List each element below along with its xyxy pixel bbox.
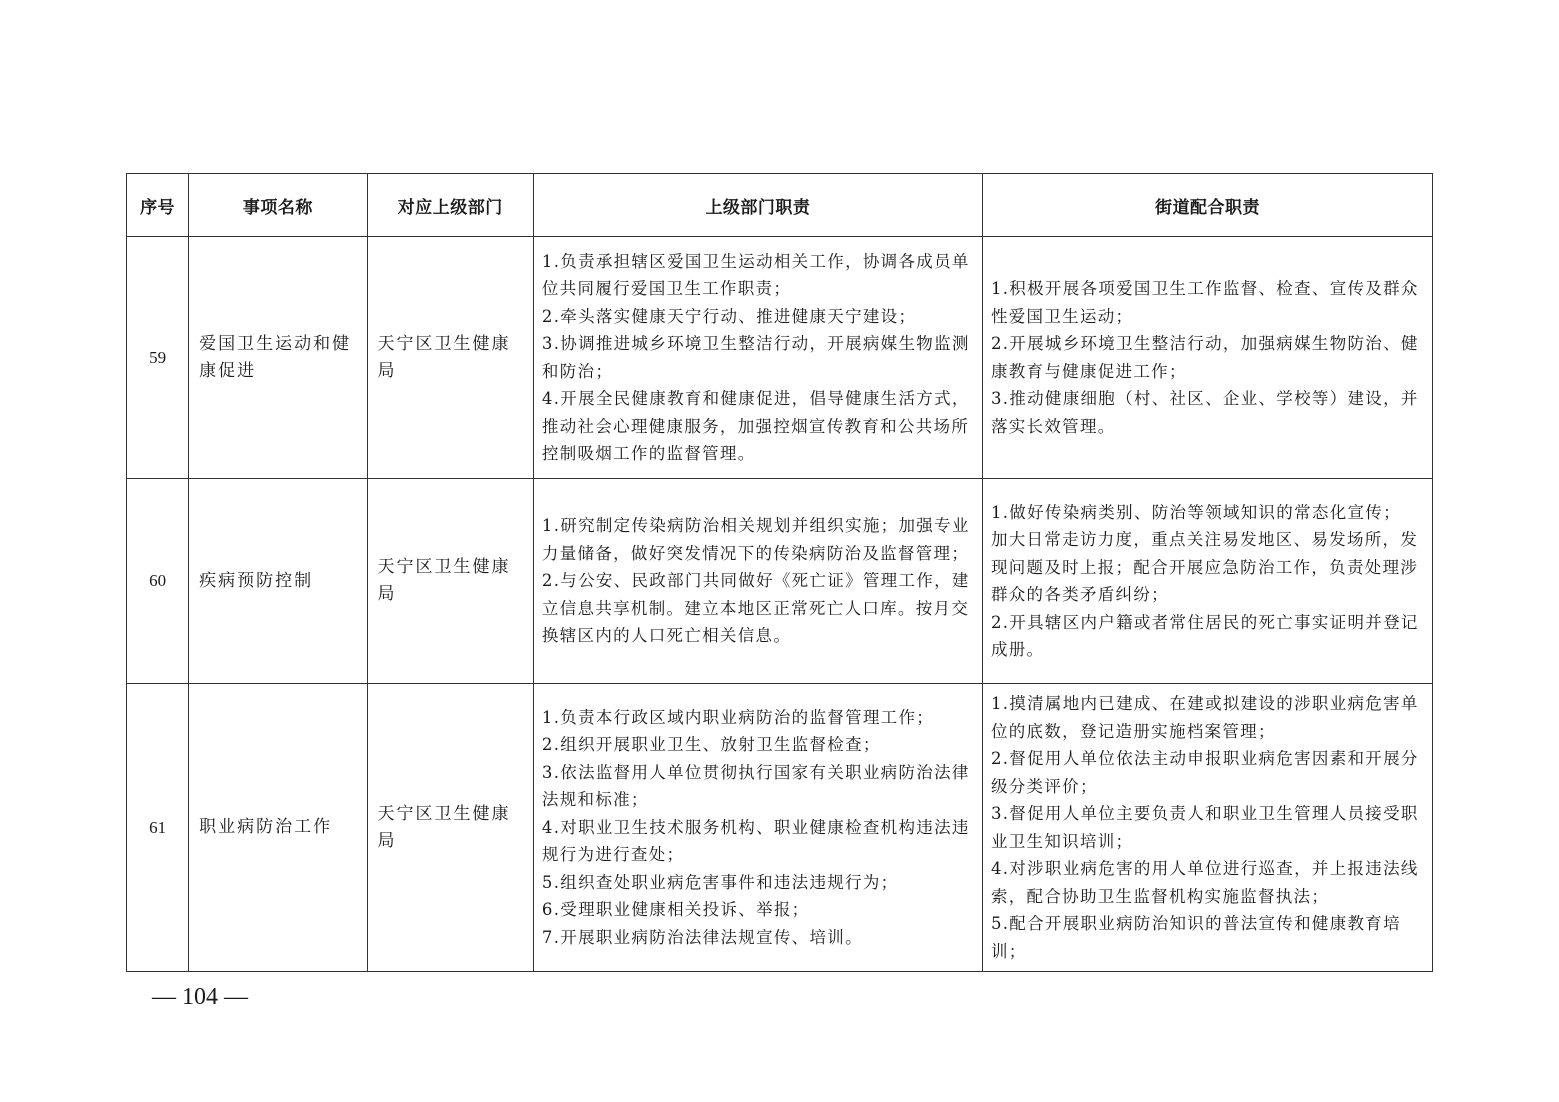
header-upper-duties: 上级部门职责 bbox=[533, 174, 982, 237]
responsibility-table: 序号 事项名称 对应上级部门 上级部门职责 街道配合职责 59 爱国卫生运动和健… bbox=[126, 173, 1433, 972]
row-upper-department: 天宁区卫生健康局 bbox=[367, 237, 533, 479]
duty-item: 2.开具辖区内户籍或者常住居民的死亡事实证明并登记成册。 bbox=[991, 609, 1424, 664]
duty-item: 2.与公安、民政部门共同做好《死亡证》管理工作，建立信息共享机制。建立本地区正常… bbox=[542, 567, 974, 650]
table-row: 60 疾病预防控制 天宁区卫生健康局 1.研究制定传染病防治相关规划并组织实施；… bbox=[127, 479, 1433, 684]
row-upper-department: 天宁区卫生健康局 bbox=[367, 479, 533, 684]
table-row: 59 爱国卫生运动和健康促进 天宁区卫生健康局 1.负责承担辖区爱国卫生运动相关… bbox=[127, 237, 1433, 479]
table-row: 61 职业病防治工作 天宁区卫生健康局 1.负责本行政区域内职业病防治的监督管理… bbox=[127, 684, 1433, 972]
duty-item: 3.推动健康细胞（村、社区、企业、学校等）建设，并落实长效管理。 bbox=[991, 385, 1424, 440]
duty-item: 5.配合开展职业病防治知识的普法宣传和健康教育培训； bbox=[991, 910, 1424, 965]
row-street-duties: 1.摸清属地内已建成、在建或拟建设的涉职业病危害单位的底数，登记造册实施档案管理… bbox=[982, 684, 1432, 972]
duty-item: 1.摸清属地内已建成、在建或拟建设的涉职业病危害单位的底数，登记造册实施档案管理… bbox=[991, 690, 1424, 745]
row-upper-duties: 1.研究制定传染病防治相关规划并组织实施；加强专业力量储备，做好突发情况下的传染… bbox=[533, 479, 982, 684]
row-item-name: 疾病预防控制 bbox=[189, 479, 367, 684]
duty-item: 4.对涉职业病危害的用人单位进行巡查，并上报违法线索，配合协助卫生监督机构实施监… bbox=[991, 855, 1424, 910]
row-number: 59 bbox=[127, 237, 189, 479]
duty-item: 1.负责承担辖区爱国卫生运动相关工作，协调各成员单位共同履行爱国卫生工作职责； bbox=[542, 248, 974, 303]
duty-item: 7.开展职业病防治法律法规宣传、培训。 bbox=[542, 924, 974, 952]
header-item-name: 事项名称 bbox=[189, 174, 367, 237]
header-number: 序号 bbox=[127, 174, 189, 237]
duty-item: 1.研究制定传染病防治相关规划并组织实施；加强专业力量储备，做好突发情况下的传染… bbox=[542, 512, 974, 567]
duty-item: 5.组织查处职业病危害事件和违法违规行为； bbox=[542, 869, 974, 897]
duty-item: 3.督促用人单位主要负责人和职业卫生管理人员接受职业卫生知识培训； bbox=[991, 800, 1424, 855]
row-number: 60 bbox=[127, 479, 189, 684]
row-upper-department: 天宁区卫生健康局 bbox=[367, 684, 533, 972]
duty-item: 2.牵头落实健康天宁行动、推进健康天宁建设； bbox=[542, 303, 974, 331]
duty-item: 2.督促用人单位依法主动申报职业病危害因素和开展分级分类评价； bbox=[991, 745, 1424, 800]
duty-item: 6.受理职业健康相关投诉、举报； bbox=[542, 896, 974, 924]
row-upper-duties: 1.负责本行政区域内职业病防治的监督管理工作； 2.组织开展职业卫生、放射卫生监… bbox=[533, 684, 982, 972]
header-street-duties: 街道配合职责 bbox=[982, 174, 1432, 237]
row-upper-duties: 1.负责承担辖区爱国卫生运动相关工作，协调各成员单位共同履行爱国卫生工作职责； … bbox=[533, 237, 982, 479]
duty-item: 3.协调推进城乡环境卫生整洁行动，开展病媒生物监测和防治； bbox=[542, 330, 974, 385]
duty-item: 4.开展全民健康教育和健康促进，倡导健康生活方式，推动社会心理健康服务，加强控烟… bbox=[542, 385, 974, 468]
duty-item: 1.做好传染病类别、防治等领域知识的常态化宣传； 加大日常走访力度，重点关注易发… bbox=[991, 499, 1424, 609]
row-street-duties: 1.做好传染病类别、防治等领域知识的常态化宣传； 加大日常走访力度，重点关注易发… bbox=[982, 479, 1432, 684]
duty-item: 2.开展城乡环境卫生整洁行动，加强病媒生物防治、健康教育与健康促进工作； bbox=[991, 330, 1424, 385]
header-upper-department: 对应上级部门 bbox=[367, 174, 533, 237]
page-number: — 104 — bbox=[152, 984, 248, 1011]
duty-item: 4.对职业卫生技术服务机构、职业健康检查机构违法违规行为进行查处； bbox=[542, 814, 974, 869]
row-street-duties: 1.积极开展各项爱国卫生工作监督、检查、宣传及群众性爱国卫生运动； 2.开展城乡… bbox=[982, 237, 1432, 479]
duty-item: 2.组织开展职业卫生、放射卫生监督检查； bbox=[542, 731, 974, 759]
table-header-row: 序号 事项名称 对应上级部门 上级部门职责 街道配合职责 bbox=[127, 174, 1433, 237]
duty-item: 3.依法监督用人单位贯彻执行国家有关职业病防治法律法规和标准； bbox=[542, 759, 974, 814]
row-item-name: 爱国卫生运动和健康促进 bbox=[189, 237, 367, 479]
duty-item: 1.负责本行政区域内职业病防治的监督管理工作； bbox=[542, 704, 974, 732]
row-number: 61 bbox=[127, 684, 189, 972]
duty-item: 1.积极开展各项爱国卫生工作监督、检查、宣传及群众性爱国卫生运动； bbox=[991, 275, 1424, 330]
row-item-name: 职业病防治工作 bbox=[189, 684, 367, 972]
